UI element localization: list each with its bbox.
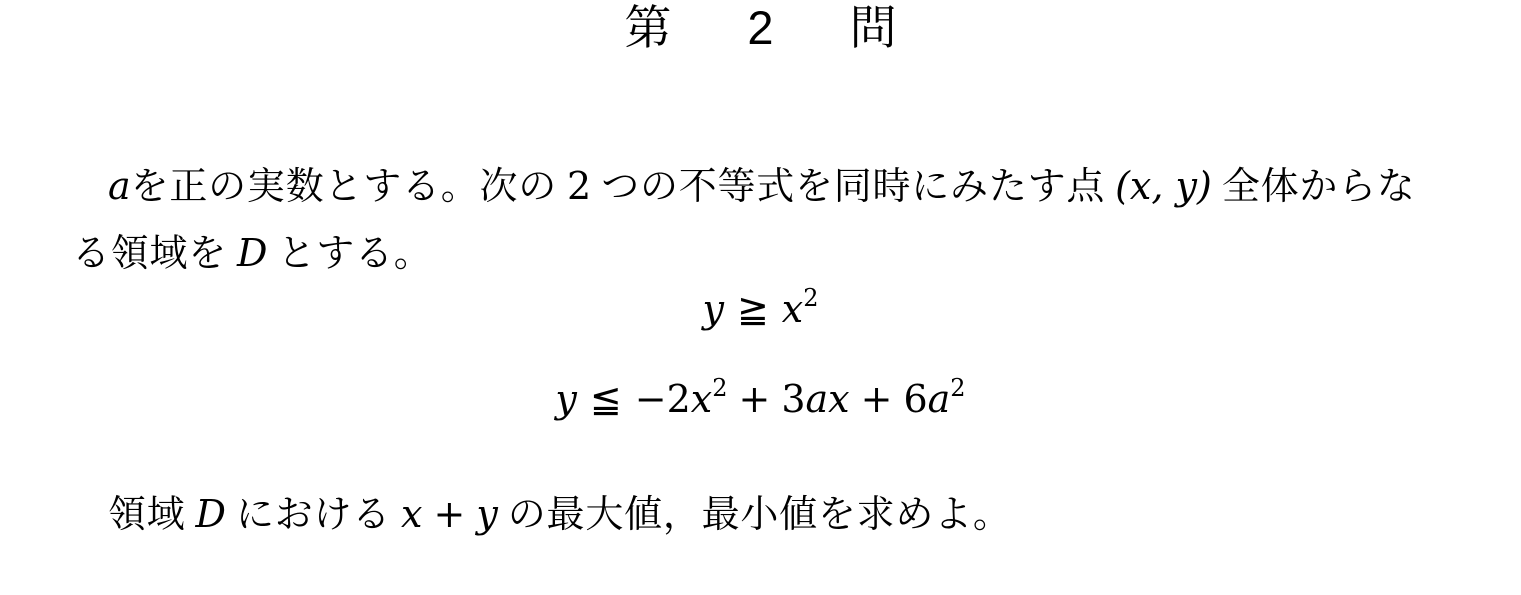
question-text-3: の最大値，最小値を求めよ。 <box>508 494 1012 536</box>
math-var-x: x <box>401 492 422 536</box>
exponent: 2 <box>712 374 727 402</box>
math-var-x: x <box>691 377 712 421</box>
math-var-y: y <box>555 377 576 421</box>
problem-page: 第 2 問 aを正の実数とする。次の2つの不等式を同時にみたす点(x, y)全体… <box>0 0 1521 595</box>
title-part-number: 2 <box>747 2 773 54</box>
math-var-ax: ax <box>806 377 850 421</box>
problem-title: 第 2 問 <box>0 2 1521 54</box>
math-count-2: 2 <box>567 164 591 208</box>
statement-text-4: る領域を <box>72 233 227 275</box>
coefficient: −2 <box>635 377 691 421</box>
math-var-a: a <box>928 377 951 421</box>
title-part-dai: 第 <box>624 2 671 54</box>
exponent: 2 <box>950 374 965 402</box>
question-text-2: における <box>236 494 391 536</box>
statement-line-2: る領域をDとする。 <box>72 220 1451 287</box>
math-var-y: y <box>476 492 497 536</box>
leq-relation: ≦ <box>590 377 622 421</box>
geq-relation: ≧ <box>737 287 769 331</box>
title-part-mon: 問 <box>850 2 897 54</box>
plus-operator: + <box>738 377 770 421</box>
math-region-D: D <box>237 231 267 275</box>
equation-2: y≦−2x2+3ax+6a2 <box>0 375 1521 424</box>
coefficient: 3 <box>781 377 805 421</box>
problem-statement: aを正の実数とする。次の2つの不等式を同時にみたす点(x, y)全体からな る領… <box>72 153 1451 287</box>
question-text-1: 領域 <box>108 494 186 536</box>
equation-1: y≧x2 <box>0 285 1521 334</box>
question-line: 領域Dにおけるx+yの最大値，最小値を求めよ。 <box>72 481 1451 548</box>
plus-operator: + <box>433 492 465 536</box>
exponent: 2 <box>803 284 818 312</box>
statement-line-1: aを正の実数とする。次の2つの不等式を同時にみたす点(x, y)全体からな <box>72 153 1451 220</box>
math-var-a: a <box>108 164 131 208</box>
math-var-y: y <box>702 287 723 331</box>
math-region-D: D <box>196 492 226 536</box>
statement-text-3: 全体からな <box>1222 166 1416 208</box>
math-var-x: x <box>782 287 803 331</box>
coefficient: 6 <box>903 377 927 421</box>
plus-operator: + <box>861 377 893 421</box>
statement-text-1: を正の実数とする。次の <box>131 166 557 208</box>
statement-text-5: とする。 <box>278 233 433 275</box>
math-point-xy: (x, y) <box>1115 164 1212 208</box>
statement-text-2: つの不等式を同時にみたす点 <box>601 166 1105 208</box>
